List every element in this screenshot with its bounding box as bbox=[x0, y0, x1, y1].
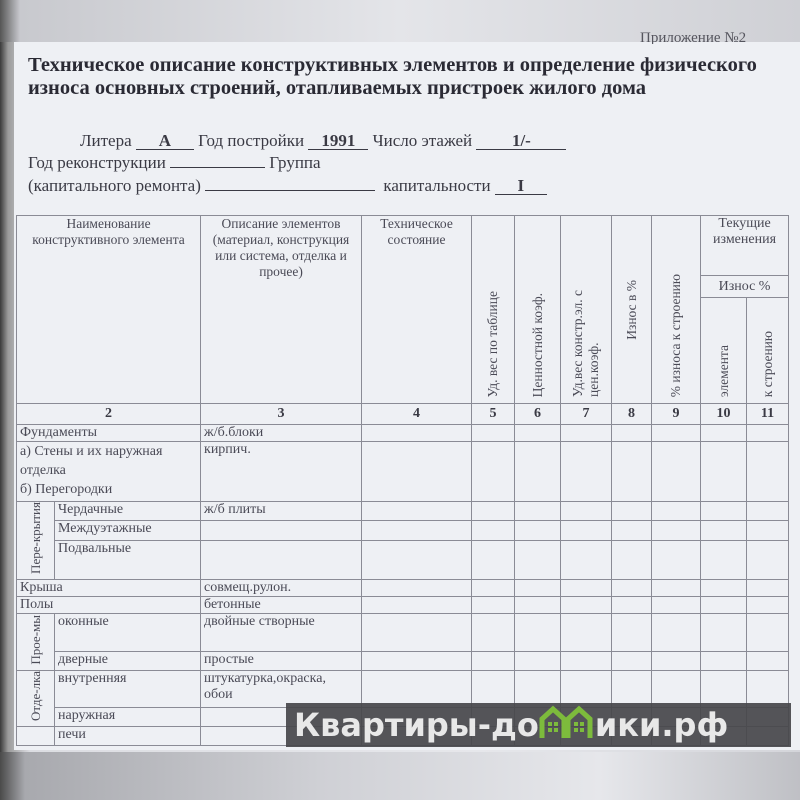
header-unit-weight-coef: Уд.вес констр.эл. с цен.коэф. bbox=[570, 257, 602, 397]
row-name: Междуэтажные bbox=[55, 521, 201, 540]
header-unit-weight: Уд. вес по таблице bbox=[485, 291, 501, 397]
capital-repair-field[interactable] bbox=[205, 190, 375, 191]
row-description[interactable]: простые bbox=[201, 651, 362, 670]
row-name: Крыша bbox=[17, 579, 201, 596]
row-name: дверные bbox=[55, 651, 201, 670]
row-name: Полы bbox=[17, 596, 201, 613]
table-row: дверные простые bbox=[17, 651, 789, 670]
table-row: Подвальные bbox=[17, 540, 789, 579]
scan-bottom-edge bbox=[0, 752, 800, 800]
row-name: оконные bbox=[55, 613, 201, 651]
document-title: Техническое описание конструктивных элем… bbox=[28, 54, 788, 100]
row-description[interactable]: совмещ.рулон. bbox=[201, 579, 362, 596]
floors-field[interactable]: 1/- bbox=[476, 133, 566, 150]
row-description[interactable] bbox=[201, 521, 362, 540]
litera-label: Литера bbox=[80, 131, 132, 150]
watermark-text-end: ики.рф bbox=[595, 706, 728, 744]
row-description[interactable]: ж/б.блоки bbox=[201, 425, 362, 442]
table-row: Отде-лка внутренняя штукатурка,окраска, … bbox=[17, 670, 789, 707]
row-description[interactable]: двойные створные bbox=[201, 613, 362, 651]
appendix-label: Приложение №2 bbox=[640, 30, 746, 44]
table-row: Полы бетонные bbox=[17, 596, 789, 613]
col-number: 10 bbox=[701, 404, 747, 425]
row-description[interactable]: штукатурка,окраска, обои bbox=[201, 670, 362, 707]
year-built-label: Год постройки bbox=[198, 131, 304, 150]
watermark-banner: Квартиры-доики.рф bbox=[286, 703, 791, 747]
row-name: Подвальные bbox=[55, 540, 201, 579]
row-name: внутренняя bbox=[55, 670, 201, 707]
litera-field[interactable]: А bbox=[136, 133, 194, 150]
reconstruction-year-field[interactable] bbox=[170, 167, 265, 168]
group-label: Группа bbox=[269, 153, 320, 172]
row-name: наружная bbox=[55, 707, 201, 726]
table-row: Пере-крытия Чердачные ж/б плиты bbox=[17, 502, 789, 521]
row-description[interactable] bbox=[201, 540, 362, 579]
col-number: 3 bbox=[201, 404, 362, 425]
capitality-field[interactable]: I bbox=[495, 178, 547, 195]
header-name: Наименование конструктивного элемента bbox=[17, 216, 201, 404]
header-element: элемента bbox=[716, 345, 732, 397]
row-name: печи bbox=[55, 726, 201, 745]
col-number: 11 bbox=[747, 404, 789, 425]
row-description[interactable]: бетонные bbox=[201, 596, 362, 613]
table-row: а) Стены и их наружная отделкаб) Перегор… bbox=[17, 442, 789, 502]
group-openings: Прое-мы bbox=[17, 613, 55, 670]
table-row: Фундаменты ж/б.блоки bbox=[17, 425, 789, 442]
header-current-changes: Текущие изменения bbox=[701, 216, 789, 276]
meta-line-2: Год реконструкции Группа bbox=[28, 153, 321, 173]
header-value-coef: Ценностной коэф. bbox=[530, 293, 546, 397]
watermark-text-start: Квартиры-до bbox=[294, 706, 539, 744]
year-built-field[interactable]: 1991 bbox=[308, 133, 368, 150]
row-description[interactable]: кирпич. bbox=[201, 442, 362, 502]
row-description[interactable]: ж/б плиты bbox=[201, 502, 362, 521]
col-number: 9 bbox=[652, 404, 701, 425]
meta-line-3: (капитального ремонта) капитальности I bbox=[28, 176, 547, 196]
capital-repair-label: (капитального ремонта) bbox=[28, 176, 201, 195]
table-row: Междуэтажные bbox=[17, 521, 789, 540]
house-logo-icon bbox=[539, 705, 595, 750]
row-name: Чердачные bbox=[55, 502, 201, 521]
header-condition: Техническое состояние bbox=[362, 216, 472, 404]
elements-table: Наименование конструктивного элемента Оп… bbox=[16, 215, 789, 746]
col-number: 4 bbox=[362, 404, 472, 425]
col-number: 8 bbox=[612, 404, 652, 425]
table-row: Прое-мы оконные двойные створные bbox=[17, 613, 789, 651]
header-wear-pct-group: Износ % bbox=[701, 276, 789, 298]
header-description: Описание элементов (материал, конструкци… bbox=[201, 216, 362, 404]
capitality-label: капитальности bbox=[383, 176, 490, 195]
col-number: 7 bbox=[561, 404, 612, 425]
header-to-building: к строению bbox=[760, 331, 776, 397]
reconstruction-year-label: Год реконструкции bbox=[28, 153, 166, 172]
col-number: 6 bbox=[515, 404, 561, 425]
header-wear-pct: Износ в % bbox=[624, 280, 640, 340]
group-floors-slabs: Пере-крытия bbox=[17, 502, 55, 580]
row-name: Фундаменты bbox=[17, 425, 201, 442]
floors-label: Число этажей bbox=[373, 131, 473, 150]
header-wear-to-building: % износа к строению bbox=[668, 274, 684, 397]
group-finishing: Отде-лка bbox=[17, 670, 55, 726]
col-number: 2 bbox=[17, 404, 201, 425]
table-row: Крыша совмещ.рулон. bbox=[17, 579, 789, 596]
col-number: 5 bbox=[472, 404, 515, 425]
row-name: а) Стены и их наружная отделкаб) Перегор… bbox=[17, 442, 201, 502]
meta-line-1: Литера А Год постройки 1991 Число этажей… bbox=[28, 131, 566, 151]
